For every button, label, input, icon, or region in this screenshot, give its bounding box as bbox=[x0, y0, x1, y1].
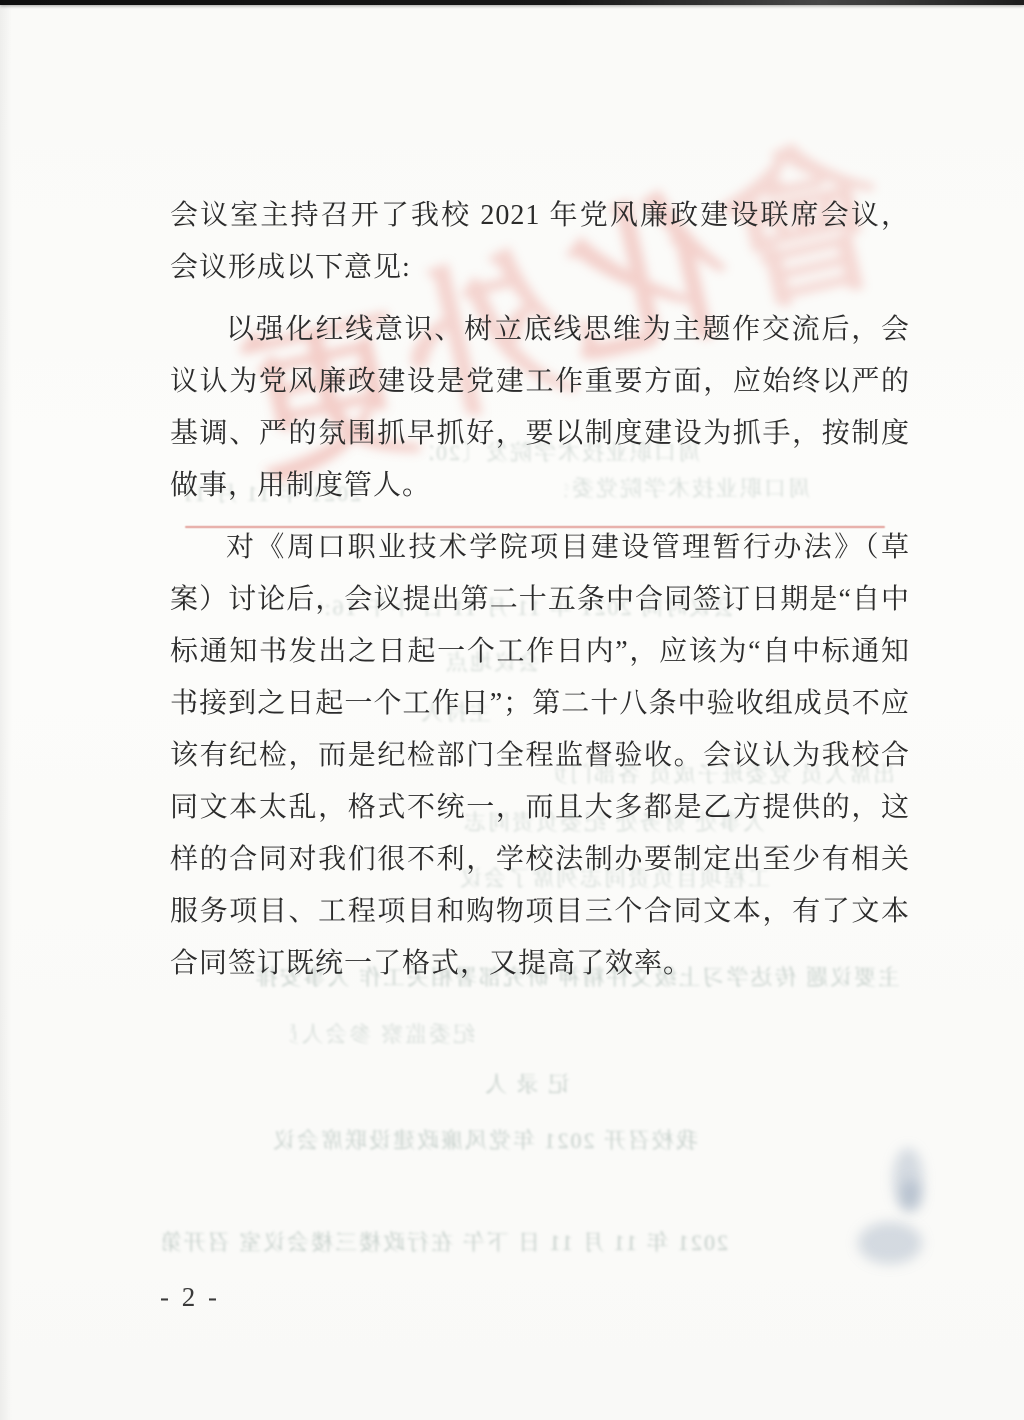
bleed-through-text: 记 录 人 bbox=[445, 1068, 570, 1099]
ink-smudge bbox=[858, 1222, 922, 1264]
bleed-through-text: 2021 年 11 月 11 日 下午 在行政楼三楼会议室 召开第三次会 bbox=[163, 1226, 728, 1257]
paragraph: 以强化红线意识、树立底线思维为主题作交流后，会议认为党风廉政建设是党建工作重要方… bbox=[170, 304, 910, 512]
scan-left-shadow bbox=[0, 0, 12, 1420]
ink-smudge bbox=[900, 1180, 922, 1212]
paragraph: 会议室主持召开了我校 2021 年党风廉政建设联席会议，会议形成以下意见: bbox=[170, 190, 910, 294]
page-number: - 2 - bbox=[160, 1282, 220, 1313]
document-body: 会议室主持召开了我校 2021 年党风廉政建设联席会议，会议形成以下意见:以强化… bbox=[170, 190, 910, 1000]
bleed-through-text: 我校召开 2021 年党风廉政建设联席会议 bbox=[228, 1124, 698, 1155]
scan-edge-artifact bbox=[0, 0, 1024, 5]
paragraph: 对《周口职业技术学院项目建设管理暂行办法》（草案）讨论后，会议提出第二十五条中合… bbox=[170, 522, 910, 990]
bleed-through-text: 纪委监察 参会人员 bbox=[290, 1018, 475, 1049]
scanned-document-page: 更外化會 周口职业技术学院发〔2021〕9 号2021 年 11 月 11 日周… bbox=[0, 0, 1024, 1420]
